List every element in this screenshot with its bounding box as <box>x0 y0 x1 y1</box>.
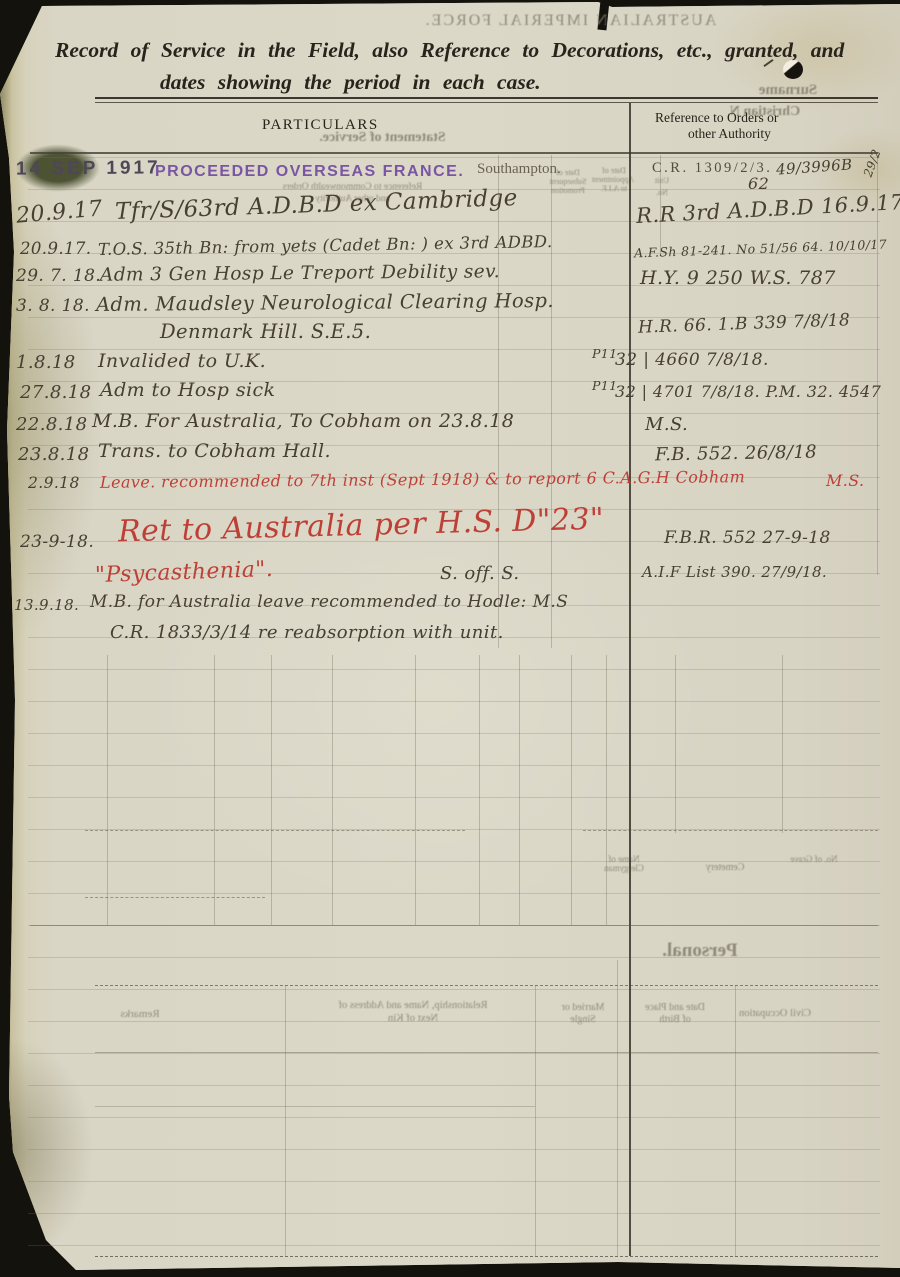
reference-column-header-2: other Authority <box>688 126 771 142</box>
grid-line <box>285 985 286 1256</box>
entry-text: Trans. to Cobham Hall. <box>98 440 331 462</box>
entry-date: 23-9-18. <box>20 532 94 552</box>
header-rule-thick <box>95 97 878 99</box>
section-rule <box>30 925 878 926</box>
bleed-col-no: No. <box>648 188 676 197</box>
bleed-grave-label: No. of Grave <box>788 855 840 864</box>
entry-ref: F.B. 552. 26/8/18 <box>655 442 817 466</box>
entry-ref-red: M.S. <box>826 471 865 490</box>
entry-date: 23.8.18 <box>18 444 90 465</box>
bleed-nok-label-1: Relationship, Name and Address of <box>288 1000 538 1011</box>
bleed-col-appointment: Date of Appointment to A.I.F. <box>594 166 634 193</box>
bleed-married-label-2: Single <box>544 1014 622 1025</box>
bleed-force-title: AUSTRALIAN IMPERIAL FORCE. <box>380 12 760 30</box>
grid-line <box>107 655 108 925</box>
grid-line <box>782 655 783 833</box>
entry-ref: F.B.R. 552 27-9-18 <box>664 528 831 548</box>
document-title-line2: dates showing the period in each case. <box>160 70 541 95</box>
document-title-line1: Record of Service in the Field, also Ref… <box>55 38 844 63</box>
grid-line <box>551 155 552 648</box>
entry-ref: 32 | 4660 7/8/18. <box>615 350 769 370</box>
grid-line <box>735 985 736 1256</box>
faint-row-rule <box>95 1106 535 1107</box>
part2-order-marker: P11 <box>592 378 618 393</box>
entry-ref: 32 | 4701 7/8/18. P.M. 32. 4547 <box>615 382 881 401</box>
part2-order-marker: P11 <box>592 346 618 361</box>
proceeded-overseas-stamp: PROCEEDED OVERSEAS FRANCE. <box>155 163 464 181</box>
entry-date: 27.8.18 <box>20 382 92 403</box>
entry-text: Adm 3 Gen Hosp Le Treport Debility sev. <box>100 261 500 285</box>
entry-ref: A.I.F List 390. 27/9/18. <box>642 563 827 581</box>
entry-date: 20.9.17. <box>20 239 91 258</box>
grid-line <box>415 655 416 925</box>
header-rule-thin <box>95 102 878 103</box>
entry-date: 13.9.18. <box>14 596 79 614</box>
grid-line <box>271 655 272 925</box>
entry-text: C.R. 1833/3/14 re reabsorption with unit… <box>110 622 504 643</box>
pencil-dash-line <box>583 830 878 831</box>
entry-ref: H.Y. 9 250 W.S. 787 <box>640 267 836 289</box>
bleed-birth-label-1: Date and Place <box>633 1002 717 1013</box>
entry-text: Invalided to U.K. <box>98 350 266 372</box>
bottom-dash-line <box>95 1256 878 1257</box>
ref-annotation-62: 62 <box>748 174 769 193</box>
entry-date: 2.9.18 <box>28 474 80 492</box>
entry-date: 3. 8. 18. <box>16 296 90 316</box>
bleed-occupation-label: Civil Occupation <box>722 1008 828 1019</box>
port-stamp: Southampton. <box>477 161 561 178</box>
entry-date: 1.8.18 <box>16 352 76 373</box>
grid-line <box>479 655 480 925</box>
pencil-dash-line <box>85 830 465 831</box>
date-received-stamp: 14 SEP 1917 <box>16 157 161 180</box>
column-divider <box>629 103 631 1256</box>
reference-column-header-1: Reference to Orders or <box>655 110 778 126</box>
bleed-birth-label-2: of Birth <box>633 1014 717 1025</box>
entry-ref: M.S. <box>645 414 688 435</box>
grid-line <box>617 960 618 1256</box>
entry-date: 29. 7. 18. <box>16 266 101 286</box>
bleed-cemetery-label: Cemetery <box>692 862 758 873</box>
grid-line <box>606 655 607 925</box>
grid-line <box>332 655 333 925</box>
personal-header-rule <box>95 1052 878 1053</box>
entry-date: 22.8.18 <box>16 414 88 435</box>
grid-line <box>214 655 215 925</box>
entry-struck-off: S. off. S. <box>440 563 520 584</box>
grid-line <box>675 655 676 833</box>
pencil-dash-line <box>85 897 265 898</box>
bleed-clergyman-label: Name of Clergyman <box>592 855 656 873</box>
entry-text-continued: Denmark Hill. S.E.5. <box>160 320 371 343</box>
scanned-service-record: AUSTRALIAN IMPERIAL FORCE. Surname Chris… <box>0 0 900 1277</box>
entry-text: Adm. Maudsley Neurological Clearing Hosp… <box>96 289 554 316</box>
grid-line <box>535 985 536 1256</box>
grid-line <box>519 655 520 925</box>
bleed-nok-label-2: Next of Kin <box>288 1013 538 1024</box>
entry-text: M.B. for Australia leave recommended to … <box>90 592 568 612</box>
bleed-personal-heading: Personal. <box>645 940 755 962</box>
table-top-rule <box>30 152 878 154</box>
bleed-married-label-1: Married or <box>544 1002 622 1013</box>
entry-text: M.B. For Australia, To Cobham on 23.8.18 <box>92 410 514 432</box>
grid-line <box>877 155 878 575</box>
personal-top-dash <box>95 985 878 986</box>
bleed-remarks-label: Remarks <box>90 1008 190 1020</box>
grid-line <box>571 655 572 925</box>
entry-text: Adm to Hosp sick <box>100 379 275 401</box>
particulars-column-header: PARTICULARS <box>262 117 379 134</box>
bleed-col-unit: Unit <box>648 176 676 185</box>
